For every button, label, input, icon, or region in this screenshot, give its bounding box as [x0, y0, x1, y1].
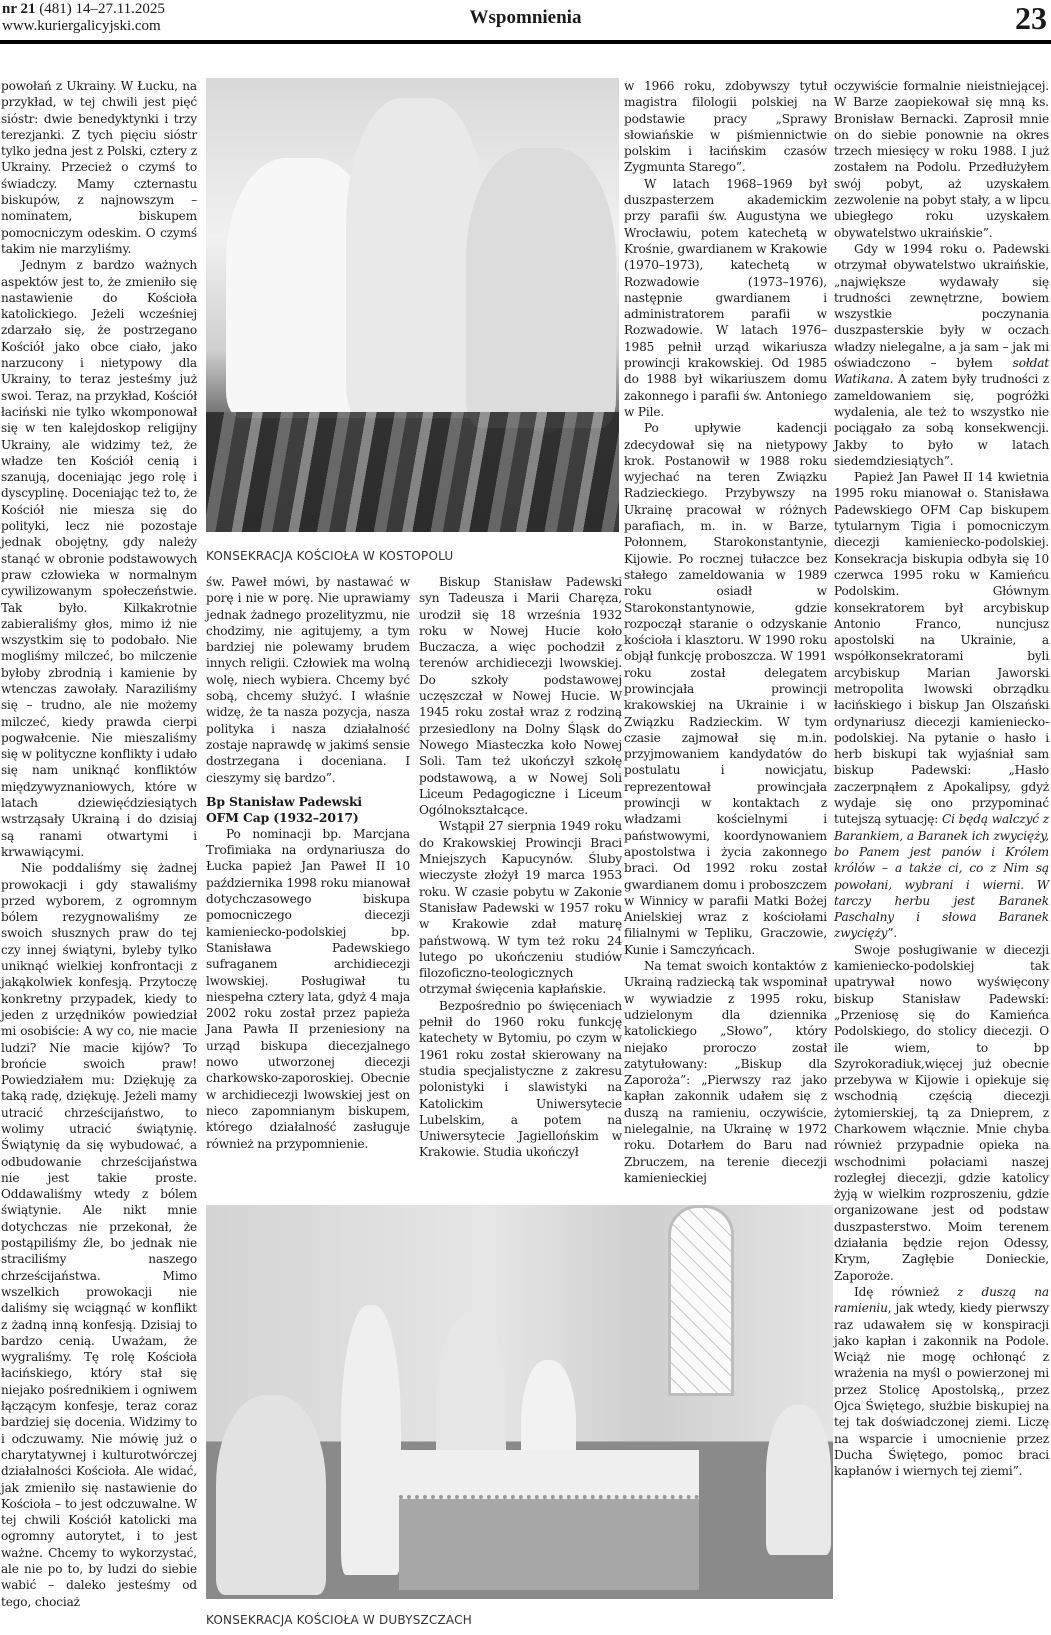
photo-figure	[466, 148, 616, 428]
page-header: nr 21 (481) 14–27.11.2025 www.kuriergali…	[0, 0, 1051, 44]
paragraph: Jednym z bardzo ważnych aspektów jest to…	[1, 257, 197, 860]
paragraph: Wstąpił 27 sierpnia 1949 roku do Krakows…	[419, 818, 622, 997]
paragraph: powołań z Ukrainy. W Łucku, na przykład,…	[1, 78, 197, 257]
photo-figure	[766, 1405, 831, 1555]
italic-text: Ci będą walczyć z Barankiem, a Baranek i…	[834, 812, 1049, 940]
article-column-5: oczywiście formalnie nieistniejącej. W B…	[834, 78, 1049, 1480]
text-run: Gdy w 1994 roku o. Padewski otrzymał oby…	[834, 242, 1049, 370]
paragraph: Swoje posługiwanie w diecezji kamienieck…	[834, 942, 1049, 1284]
page-number: 23	[1015, 0, 1047, 36]
article-column-3: Biskup Stanisław Padewski syn Tadeusza i…	[419, 574, 622, 1161]
photo-consecration-kostopol	[206, 78, 619, 532]
photo-caption: KONSEKRACJA KOŚCIOŁA W DUBYSZCZACH	[206, 1613, 472, 1627]
paragraph: W latach 1968–1969 był duszpasterzem aka…	[624, 176, 827, 420]
photo-figure	[216, 1395, 326, 1595]
text-run: Idę również	[854, 1285, 957, 1299]
article-column-1: powołań z Ukrainy. W Łucku, na przykład,…	[1, 78, 197, 1610]
paragraph: św. Paweł mówi, by nastawać w porę i nie…	[206, 574, 410, 786]
text-run: . A zatem były trudności z zameldowaniem…	[834, 372, 1049, 467]
subheading-line1: Bp Stanisław Padewski	[206, 794, 362, 809]
paragraph: Na temat swoich kontaktów z Ukrainą radz…	[624, 958, 827, 1186]
photo-figure	[346, 98, 486, 418]
photo-sculpture-flames	[206, 412, 619, 532]
paragraph: Bezpośrednio po święceniach pełnił do 19…	[419, 998, 622, 1161]
paragraph: w 1966 roku, zdobywszy tytuł magistra fi…	[624, 78, 827, 176]
header-rule	[0, 40, 1051, 44]
subheading-line2: OFM Cap (1932–2017)	[206, 810, 359, 825]
paragraph: Nie poddaliśmy się żadnej prowokacji i g…	[1, 860, 197, 1610]
photo-altar-cloth	[399, 1450, 699, 1499]
paragraph: oczywiście formalnie nieistniejącej. W B…	[834, 78, 1049, 241]
paragraph: Po nominacji bp. Marcjana Trofimiaka na …	[206, 826, 410, 1152]
paragraph: Po upływie kadencji zdecydował się na ni…	[624, 420, 827, 958]
subheading: Bp Stanisław Padewski OFM Cap (1932–2017…	[206, 794, 410, 826]
article-column-2: św. Paweł mówi, by nastawać w porę i nie…	[206, 574, 410, 1152]
text-run: ”.	[887, 926, 897, 940]
paragraph: Biskup Stanisław Padewski syn Tadeusza i…	[419, 574, 622, 818]
paragraph: Gdy w 1994 roku o. Padewski otrzymał oby…	[834, 241, 1049, 469]
article-column-4: w 1966 roku, zdobywszy tytuł magistra fi…	[624, 78, 827, 1186]
photo-consecration-dubyszcze	[206, 1205, 833, 1599]
photo-caption: KONSEKRACJA KOŚCIOŁA W KOSTOPOLU	[206, 549, 453, 563]
photo-figure	[341, 1305, 401, 1575]
paragraph: Idę również z duszą na ramieniu, jak wte…	[834, 1284, 1049, 1480]
photo-church-window	[668, 1205, 734, 1396]
text-run: Papież Jan Paweł II 14 kwietnia 1995 rok…	[834, 470, 1049, 826]
paragraph: Papież Jan Paweł II 14 kwietnia 1995 rok…	[834, 469, 1049, 942]
text-run: , jak wtedy, kiedy pierwszy raz udawałem…	[834, 1301, 1049, 1478]
section-title: Wspomnienia	[0, 7, 1051, 29]
